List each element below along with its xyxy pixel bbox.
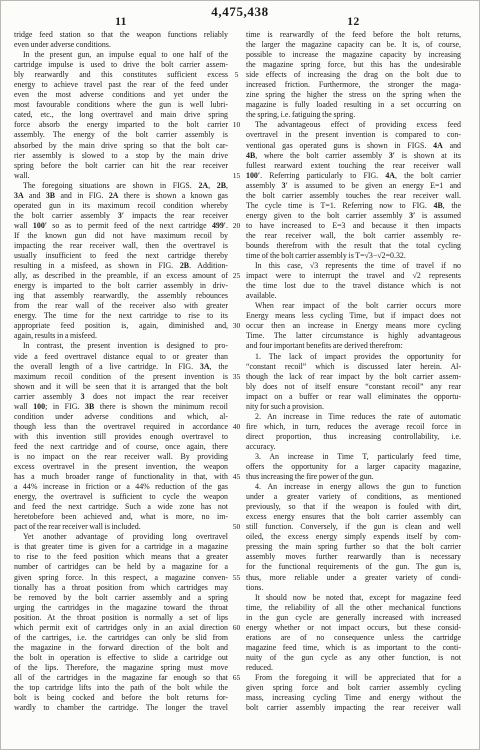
text-line: all of the cartridges in the magazine fa… [14, 673, 228, 683]
text-line: In this case, √3 represents the time of … [246, 261, 461, 271]
text-line: to rise to the feed position which means… [14, 552, 228, 562]
text-line: feed the next cartridge and of course, o… [14, 442, 228, 452]
text-line: wall. [14, 171, 228, 181]
text-line: bolt is being cocked and before the bolt… [14, 693, 228, 703]
text-line: thus increasing the fire power of the gu… [246, 472, 461, 482]
text-line: tionally has a throat position from whic… [14, 583, 228, 593]
text-line: magazine is fully loaded resulting in a … [246, 100, 461, 110]
text-line: of the cartriges, i.e. the cartridges ca… [14, 633, 228, 643]
text-line: Energy means less cycling Time, but if i… [246, 311, 461, 321]
text-line: offers the opportunity for a larger capa… [246, 462, 461, 472]
text-line: under a greater variety of conditions, a… [246, 492, 461, 502]
text-line: increased friction. Furthermore, the str… [246, 80, 461, 90]
text-line: excess overtravel in the present inventi… [14, 462, 228, 472]
text-line: If the known gun did not have maximum re… [14, 231, 228, 241]
text-line: ing that assembly rearwardly, the assemb… [14, 291, 228, 301]
text-line: Time. The latter circumstance is highly … [246, 331, 461, 341]
text-line: impact were to interrupt the travel and … [246, 271, 461, 281]
text-line: and feed the next cartridge. Such a wide… [14, 502, 228, 512]
line-number: 55 [227, 573, 246, 583]
text-line: fire which, in turn, reduces the average… [246, 422, 461, 432]
text-line: usually insufficient to feed the next ca… [14, 251, 228, 261]
text-line: excess energy ensures that the bolt carr… [246, 512, 461, 522]
text-line: force absorb the energy imparted to the … [14, 120, 228, 130]
column-number-right: 12 [246, 16, 461, 28]
text-line: wall 100; in FIG. 3B there is shown the … [14, 402, 228, 412]
text-line: When rear impact of the bolt carrier occ… [246, 301, 461, 311]
text-line: the spring, i.e. fatiguing the spring. [246, 110, 461, 120]
text-line: energy to achieve travel past the rear o… [14, 80, 228, 90]
text-line: wardly to chamber the cartridge. The lon… [14, 703, 228, 713]
line-number: 30 [227, 321, 246, 331]
text-line: given spring force and bolt carrier asse… [246, 683, 461, 693]
text-line: direct proportion, thus increasing contr… [246, 432, 461, 442]
line-number: 25 [227, 271, 246, 281]
text-line: “constant recoil” which is discussed lat… [246, 362, 461, 372]
text-line: bly rearwardly and this constitutes suff… [14, 70, 228, 80]
text-line: nity for such a provision. [246, 402, 461, 412]
text-line: for the functional requirements of the g… [246, 562, 461, 572]
text-line: even under adverse conditions. [14, 40, 228, 50]
text-line: in the gun cycle are generally increased… [246, 613, 461, 623]
text-line: the larger the magazine capacity can be.… [246, 40, 461, 50]
text-line: mass, increasing cycling Time and energy… [246, 693, 461, 703]
line-number: 15 [227, 171, 246, 181]
text-line: ventional gas operated guns is shown in … [246, 141, 461, 151]
text-line: zine spring the higher the stress on the… [246, 90, 461, 100]
text-line: absorbed by the main drive spring so tha… [14, 141, 228, 151]
text-line: nuity of the gun cycle as any other func… [246, 653, 461, 663]
text-line: pact of the rear receiver wall is includ… [14, 522, 228, 532]
text-line: impacting the rear receiver wall, then t… [14, 241, 228, 251]
text-line: 4B, where the bolt carrier assembly 3′ i… [246, 151, 461, 161]
text-line: is that greater time is given for a cart… [14, 542, 228, 552]
text-line: 1. The lack of impact provides the oppor… [246, 352, 461, 362]
text-line: again, results in a misfeed. [14, 331, 228, 341]
text-line: erations are of no consequence unless th… [246, 633, 461, 643]
text-line: impact on a buffer or rear wall eliminat… [246, 392, 461, 402]
text-line: energy given to the bolt carrier assembl… [246, 211, 461, 221]
text-line: most favourable conditions where the gun… [14, 100, 228, 110]
text-line: spring before the bolt carrier can hit t… [14, 161, 228, 171]
text-line: has a much broader range of functionalit… [14, 472, 228, 482]
text-line: energy whether or not impact occurs, but… [246, 623, 461, 633]
text-line: assembly. The energy of the bolt carrier… [14, 130, 228, 140]
text-line: number of cartridges can be held by a ma… [14, 562, 228, 572]
text-line: which permit exit of cartridges only in … [14, 623, 228, 633]
text-line: thus, more reliable under a greater vari… [246, 573, 461, 583]
line-number: 5 [227, 70, 246, 80]
text-line: assembly 3′ is assumed to be given an en… [246, 181, 461, 191]
text-line: bolt carrier assembly impacting the rear… [246, 703, 461, 713]
line-number: 20 [227, 221, 246, 231]
text-line: the time lost due to the travel distance… [246, 281, 461, 291]
text-line: wall 100′ so as to permit feed of the ne… [14, 221, 228, 231]
text-line: 3A and 3B and in FIG. 2A there is shown … [14, 191, 228, 201]
text-line: with this invention still provides enoug… [14, 432, 228, 442]
text-line: the bolt in operation is effective to sl… [14, 653, 228, 663]
text-line: overtravel in the present invention is c… [246, 130, 461, 140]
patent-page: 4,475,438 11 12 tridge feed station so t… [0, 0, 480, 750]
text-line: be removed by the bolt carrier assembly … [14, 593, 228, 603]
text-line: pressing the main spring further so that… [246, 542, 461, 552]
text-line: condition under adverse conditions and w… [14, 412, 228, 422]
text-line: 4. An increase in energy allows the gun … [246, 482, 461, 492]
text-line: cated, etc., the long overtravel and mai… [14, 110, 228, 120]
text-line: and four important benefits are derived … [246, 341, 461, 351]
text-line: resulting in a misfeed, as shown in FIG.… [14, 261, 228, 271]
line-number: 65 [227, 673, 246, 683]
line-number: 40 [227, 422, 246, 432]
text-line: tions. [246, 583, 461, 593]
text-line: available. [246, 291, 461, 301]
text-line: vide a feed overtravel distance equal to… [14, 352, 228, 362]
text-line: time of the bolt carrier assembly is T=√… [246, 251, 461, 261]
line-number: 50 [227, 522, 246, 532]
text-line: is no impact on the rear receiver wall. … [14, 452, 228, 462]
text-line: to have increased to E=3 and because it … [246, 221, 461, 231]
column-12-text: time is rearwardly of the feed before th… [246, 30, 461, 713]
text-line: maximum recoil condition of the present … [14, 372, 228, 382]
line-number: 35 [227, 372, 246, 382]
column-11-text: tridge feed station so that the weapon f… [14, 30, 228, 713]
text-line: energy, the overtravel is sufficient to … [14, 492, 228, 502]
text-line: possible to increase the magazine capaci… [246, 50, 461, 60]
text-line: magazine feed time, which is as importan… [246, 643, 461, 653]
text-line: time, the reliability of all the other m… [246, 603, 461, 613]
text-line: From the foregoing it will be appreciate… [246, 673, 461, 683]
line-number: 60 [227, 623, 246, 633]
text-line: heretobefore been achieved and, what is … [14, 512, 228, 522]
text-line: accuracy. [246, 442, 461, 452]
text-line: the rear receiver wall, the bolt carrier… [246, 231, 461, 241]
text-line: a 44% increase in friction or a 44% redu… [14, 482, 228, 492]
text-line: previously, so that if the weapon is fou… [246, 502, 461, 512]
text-line: occur then an increase in Energy means m… [246, 321, 461, 331]
text-line: 100′. Referring particularly to FIG. 4A,… [246, 171, 461, 181]
text-line: side effects of increasing the drag on t… [246, 70, 461, 80]
text-line: the magazine in the forward direction of… [14, 643, 228, 653]
text-line: rier assembly is slowed to a stop by the… [14, 151, 228, 161]
text-line: time is rearwardly of the feed before th… [246, 30, 461, 40]
text-line: It should now be noted that, except for … [246, 593, 461, 603]
text-line: even the most adverse conditions and yet… [14, 90, 228, 100]
text-line: still function. Conversely, if the gun i… [246, 522, 461, 532]
text-line: appropriate feed position is, again, dim… [14, 321, 228, 331]
text-line: Yet another advantage of providing long … [14, 532, 228, 542]
text-line: reduced. [246, 663, 461, 673]
text-line: energy. The time for the next cartridge … [14, 311, 228, 321]
text-line: The foregoing situations are shown in FI… [14, 181, 228, 191]
line-number-gutter: 5101520253035404550556065 [227, 30, 246, 720]
text-line: ally, as described in the preamble, if a… [14, 271, 228, 281]
text-line: the magazine spring force, but this has … [246, 60, 461, 70]
text-line: energy is imparted to the bolt carrier a… [14, 281, 228, 291]
text-line: though less than the overtravel required… [14, 422, 228, 432]
column-number-left: 11 [14, 16, 228, 28]
text-line: the overall length of a live cartridge. … [14, 362, 228, 372]
text-line: position. At the throat position is norm… [14, 613, 228, 623]
text-line: though the lack of rear impact by the bo… [246, 372, 461, 382]
text-line: from the rear wall of the receiver also … [14, 301, 228, 311]
text-line: The advantageous effect of providing exc… [246, 120, 461, 130]
text-line: In contrast, the present invention is de… [14, 341, 228, 351]
text-line: oiled, the excess energy simply expends … [246, 532, 461, 542]
line-number: 10 [227, 120, 246, 130]
text-line: bly does not of itself ensure “constant … [246, 382, 461, 392]
text-line: assembly moves further rearwardly than i… [246, 552, 461, 562]
text-line: fullest rearward extent touching the rea… [246, 161, 461, 171]
text-line: In the present gun, an impulse equal to … [14, 50, 228, 60]
text-line: urging the cartridges in the magazine to… [14, 603, 228, 613]
text-line: the bolt carrier assembly touches the re… [246, 191, 461, 201]
text-line: given spring force. In this respect, a m… [14, 573, 228, 583]
text-line: operated gun in its maximum recoil condi… [14, 201, 228, 211]
text-line: the bolt carrier assembly 3′ impacts the… [14, 211, 228, 221]
text-line: the top cartridge lifts into the path of… [14, 683, 228, 693]
text-line: shown and it will be seen that it is arr… [14, 382, 228, 392]
text-line: bounds therefrom with the result that th… [246, 241, 461, 251]
line-number: 45 [227, 472, 246, 482]
text-line: of the lips. Therefore, the magazine spr… [14, 663, 228, 673]
text-line: carrier assembly 3 does not impact the r… [14, 392, 228, 402]
text-line: 3. An increase in Time T, particularly f… [246, 452, 461, 462]
text-line: 2. An increase in Time reduces the rate … [246, 412, 461, 422]
text-line: cartridge impulse is used to drive the b… [14, 60, 228, 70]
text-line: tridge feed station so that the weapon f… [14, 30, 228, 40]
text-line: The cycle time is T=1. Referring now to … [246, 201, 461, 211]
